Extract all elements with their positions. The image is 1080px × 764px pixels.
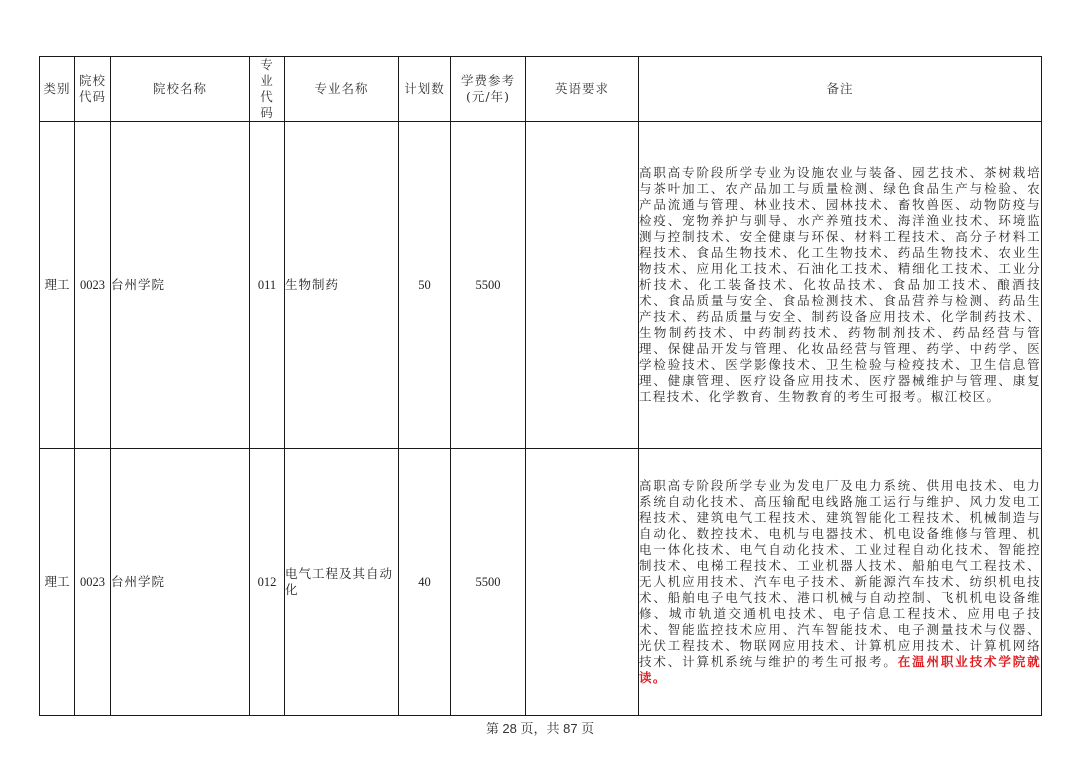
cell-remarks: 高职高专阶段所学专业为设施农业与装备、园艺技术、茶树栽培与茶叶加工、农产品加工与… (639, 122, 1042, 449)
remarks-text: 高职高专阶段所学专业为发电厂及电力系统、供用电技术、电力系统自动化技术、高压输配… (639, 478, 1041, 669)
cell-major-code: 012 (250, 449, 285, 716)
header-english-req: 英语要求 (526, 57, 639, 122)
enrollment-plan-table: 类别 院校代码 院校名称 专业代码 专业名称 计划数 学费参考 (元/年) 英语… (39, 56, 1042, 716)
table-row: 理工 0023 台州学院 012 电气工程及其自动化 40 5500 高职高专阶… (40, 449, 1042, 716)
cell-major-code: 011 (250, 122, 285, 449)
cell-plan-count: 50 (399, 122, 451, 449)
cell-major-name: 生物制药 (285, 122, 399, 449)
cell-tuition: 5500 (451, 449, 526, 716)
header-school-name: 院校名称 (111, 57, 250, 122)
cell-school-name: 台州学院 (111, 122, 250, 449)
cell-category: 理工 (40, 122, 75, 449)
header-tuition-line2: (元/年) (451, 89, 525, 105)
cell-school-code: 0023 (75, 449, 111, 716)
header-major-name: 专业名称 (285, 57, 399, 122)
header-plan-count: 计划数 (399, 57, 451, 122)
remarks-text: 高职高专阶段所学专业为设施农业与装备、园艺技术、茶树栽培与茶叶加工、农产品加工与… (639, 165, 1041, 404)
table-header-row: 类别 院校代码 院校名称 专业代码 专业名称 计划数 学费参考 (元/年) 英语… (40, 57, 1042, 122)
header-major-code: 专业代码 (250, 57, 285, 122)
cell-school-name: 台州学院 (111, 449, 250, 716)
cell-plan-count: 40 (399, 449, 451, 716)
table-row: 理工 0023 台州学院 011 生物制药 50 5500 高职高专阶段所学专业… (40, 122, 1042, 449)
cell-english-req (526, 122, 639, 449)
cell-tuition: 5500 (451, 122, 526, 449)
header-tuition-line1: 学费参考 (451, 73, 525, 89)
cell-category: 理工 (40, 449, 75, 716)
cell-major-name: 电气工程及其自动化 (285, 449, 399, 716)
cell-remarks: 高职高专阶段所学专业为发电厂及电力系统、供用电技术、电力系统自动化技术、高压输配… (639, 449, 1042, 716)
header-remarks: 备注 (639, 57, 1042, 122)
header-school-code: 院校代码 (75, 57, 111, 122)
page-number-footer: 第 28 页，共 87 页 (0, 718, 1080, 737)
cell-english-req (526, 449, 639, 716)
header-tuition: 学费参考 (元/年) (451, 57, 526, 122)
header-category: 类别 (40, 57, 75, 122)
cell-school-code: 0023 (75, 122, 111, 449)
